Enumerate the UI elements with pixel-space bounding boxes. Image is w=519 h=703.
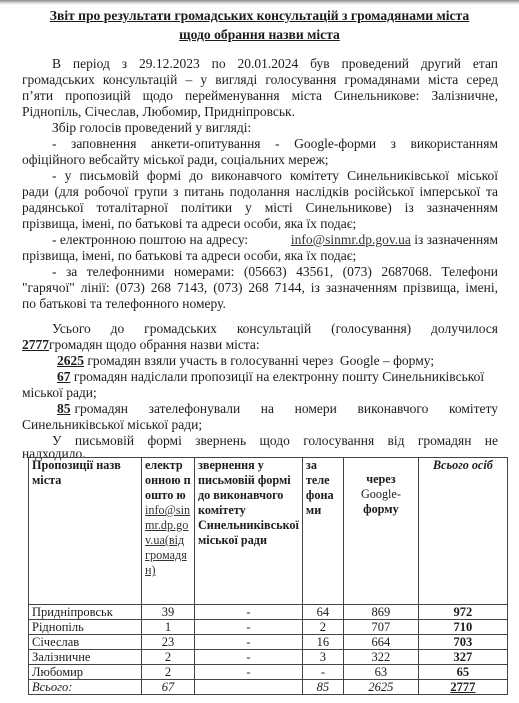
summary-total-number: 2777 — [22, 337, 49, 352]
method-written-line-3: радянської тоталітарної політики у місті… — [22, 200, 498, 216]
cell-total: 710 — [418, 620, 507, 635]
summary-google-number: 2625 — [57, 353, 84, 368]
method-email-suffix: із зазначенням — [411, 232, 498, 248]
cell-google: 869 — [343, 605, 418, 620]
summary-google-line: 2625 громадян взяли участь в голосуванні… — [57, 353, 434, 369]
summary-phone-number: 85 — [57, 401, 71, 417]
cell-written: - — [195, 665, 303, 680]
cell-phone: 64 — [302, 605, 343, 620]
header-google-2: Google- — [347, 487, 415, 502]
method-phone-line-3: по батькові та телефонного номеру. — [22, 296, 226, 312]
cell-name: Придніпровськ — [29, 605, 142, 620]
intro-line-2: громадських консультацій – у вигляді гол… — [22, 72, 498, 88]
cell-email: 23 — [142, 635, 195, 650]
cell-name: Ріднопіль — [29, 620, 142, 635]
method-phone-line-2: "гарячої" лінії: (073) 268 7143, (073) 2… — [22, 280, 498, 296]
cell-written: - — [195, 620, 303, 635]
header-email-label: електр онною пошто ю — [145, 458, 191, 502]
table-row: Придніпровськ 39 - 64 869 972 — [29, 605, 508, 620]
cell-name: Січеслав — [29, 635, 142, 650]
method-written-line-4: прізвища, імені, по батькові та адреси о… — [22, 216, 356, 232]
cell-google: 322 — [343, 650, 418, 665]
method-google-line-1: - заповнення анкети-опитування - Google-… — [52, 136, 498, 152]
table-row: Любомир 2 - - 63 65 — [29, 665, 508, 680]
cell-phone: - — [302, 665, 343, 680]
table-header-row: Пропозиції назв міста електр онною пошто… — [29, 458, 508, 605]
summary-total-line-2: 2777громадян щодо обрання назви міста: — [22, 337, 260, 353]
header-email-link[interactable]: info@sinmr.dp.gov.ua(від громадян) — [145, 503, 190, 577]
method-written-line-2: ради (для робочої групи з питань подолан… — [22, 184, 498, 200]
method-email-line-2: прізвища, імені, по батькові та адреси о… — [22, 248, 356, 264]
header-google-1: через — [347, 472, 415, 487]
summary-total-text: громадян щодо обрання назви міста: — [49, 337, 260, 352]
summary-phone-line-2: Синельниківської міської ради; — [22, 417, 202, 433]
header-proposal: Пропозиції назв міста — [29, 458, 142, 605]
cell-email: 2 — [142, 650, 195, 665]
summary-written-line-1: У письмовій формі звернень щодо голосува… — [52, 433, 498, 449]
summary-email-line: 67 громадян надіслали пропозиції на елек… — [57, 369, 484, 385]
cell-written: - — [195, 650, 303, 665]
intro-line-4: Ріднопіль, Січеслав, Любомир, Придніпров… — [22, 104, 295, 120]
email-link[interactable]: info@sinmr.dp.gov.ua — [291, 232, 411, 248]
summary-phone-line: 85 громадян зателефонували на номери вик… — [57, 401, 498, 417]
header-phone: за теле фона ми — [302, 458, 343, 605]
cell-phone: 3 — [302, 650, 343, 665]
method-email-line-1: - електронною поштою на адресу: info@sin… — [52, 232, 498, 248]
intro-line-3: п’яти пропозицій щодо перейменування міс… — [22, 88, 498, 104]
cell-total: 972 — [418, 605, 507, 620]
collection-heading: Збір голосів проведений у вигляді: — [52, 120, 251, 136]
cell-name: Всього: — [29, 680, 142, 695]
cell-name: Залізничне — [29, 650, 142, 665]
header-google: через Google- форму — [343, 458, 418, 605]
method-phone-line-1: - за телефонними номерами: (05663) 43561… — [52, 264, 498, 280]
scan-top-shadow — [0, 0, 519, 5]
intro-line-1: В період з 29.12.2023 по 20.01.2024 був … — [52, 56, 498, 72]
cell-total: 327 — [418, 650, 507, 665]
header-total: Всього осіб — [418, 458, 507, 605]
table-row: Січеслав 23 - 16 664 703 — [29, 635, 508, 650]
cell-name: Любомир — [29, 665, 142, 680]
cell-grand-total: 2777 — [418, 680, 507, 695]
cell-written: - — [195, 635, 303, 650]
method-email-prefix: - електронною поштою на адресу: — [52, 232, 252, 248]
summary-phone-text: громадян зателефонували на номери викона… — [75, 401, 499, 417]
method-google-line-2: офіційного вебсайту міської ради, соціал… — [22, 152, 329, 168]
method-written-line-1: - у письмовій формі до виконавчого коміт… — [52, 168, 498, 184]
page-title-line-2: щодо обрання назви міста — [0, 27, 519, 43]
cell-phone: 2 — [302, 620, 343, 635]
cell-email: 2 — [142, 665, 195, 680]
summary-email-line-2: міської ради; — [22, 385, 97, 401]
table-row: Ріднопіль 1 - 2 707 710 — [29, 620, 508, 635]
header-email: електр онною пошто ю info@sinmr.dp.gov.u… — [142, 458, 195, 605]
page-title-line-1: Звіт про результати громадських консульт… — [0, 8, 519, 24]
cell-google: 664 — [343, 635, 418, 650]
cell-phone: 16 — [302, 635, 343, 650]
cell-total: 65 — [418, 665, 507, 680]
results-table: Пропозиції назв міста електр онною пошто… — [28, 457, 508, 695]
summary-google-text: громадян взяли участь в голосуванні чере… — [84, 353, 434, 368]
cell-written: - — [195, 605, 303, 620]
summary-email-text: громадян надіслали пропозиції на електро… — [71, 369, 485, 384]
cell-google: 707 — [343, 620, 418, 635]
cell-google: 2625 — [343, 680, 418, 695]
cell-phone: 85 — [302, 680, 343, 695]
cell-email: 67 — [142, 680, 195, 695]
cell-google: 63 — [343, 665, 418, 680]
cell-email: 39 — [142, 605, 195, 620]
summary-total-line-1: Усього до громадських консультацій (голо… — [52, 321, 498, 337]
header-written: звернення у письмовій формі до виконавчо… — [195, 458, 303, 605]
cell-email: 1 — [142, 620, 195, 635]
summary-email-number: 67 — [57, 369, 71, 384]
table-totals-row: Всього: 67 85 2625 2777 — [29, 680, 508, 695]
cell-written — [195, 680, 303, 695]
cell-total: 703 — [418, 635, 507, 650]
table-row: Залізничне 2 - 3 322 327 — [29, 650, 508, 665]
header-google-3: форму — [347, 502, 415, 517]
